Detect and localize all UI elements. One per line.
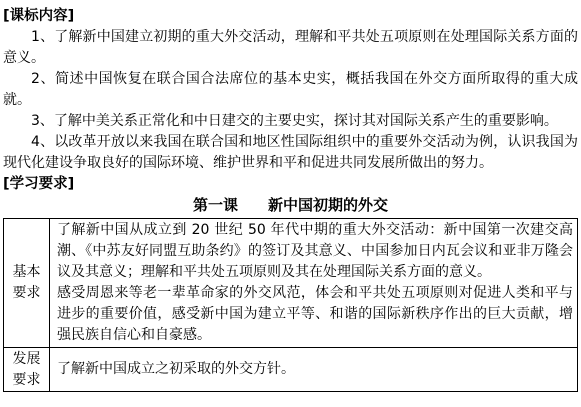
basic-requirements-content: 了解新中国从成立到 20 世纪 50 年代中期的重大外交活动：新中国第一次建交高… — [50, 219, 578, 348]
basic-requirements-paragraph-2: 感受周恩来等老一辈革命家的外交风范，体会和平共处五项原则对促进人类和平与进步的重… — [57, 283, 573, 346]
document-page: [课标内容] 1、了解新中国建立初期的重大外交活动，理解和平共处五项原则在处理国… — [0, 0, 581, 407]
curriculum-item-1: 1、了解新中国建立初期的重大外交活动，理解和平共处五项原则在处理国际关系方面的意… — [3, 27, 578, 69]
table-row-development-requirements: 发展要求 了解新中国成立之初采取的外交方针。 — [4, 348, 578, 392]
lesson-title: 第一课 新中国初期的外交 — [3, 195, 578, 216]
development-requirements-paragraph-1: 了解新中国成立之初采取的外交方针。 — [57, 359, 573, 380]
row-label-development-requirements: 发展要求 — [4, 348, 50, 392]
basic-requirements-paragraph-1: 了解新中国从成立到 20 世纪 50 年代中期的重大外交活动：新中国第一次建交高… — [57, 220, 573, 283]
table-row-basic-requirements: 基本要求 了解新中国从成立到 20 世纪 50 年代中期的重大外交活动：新中国第… — [4, 219, 578, 348]
curriculum-item-4: 4、以改革开放以来我国在联合国和地区性国际组织中的重要外交活动为例，认识我国为现… — [3, 132, 578, 174]
curriculum-item-3: 3、了解中美关系正常化和中日建交的主要史实，探讨其对国际关系产生的重要影响。 — [3, 111, 578, 132]
curriculum-item-2: 2、简述中国恢复在联合国合法席位的基本史实，概括我国在外交方面所取得的重大成就。 — [3, 69, 578, 111]
development-requirements-content: 了解新中国成立之初采取的外交方针。 — [50, 348, 578, 392]
row-label-basic-requirements: 基本要求 — [4, 219, 50, 348]
requirements-section-heading: [学习要求] — [3, 174, 578, 195]
requirements-table: 基本要求 了解新中国从成立到 20 世纪 50 年代中期的重大外交活动：新中国第… — [3, 218, 578, 392]
curriculum-section-heading: [课标内容] — [3, 6, 578, 27]
